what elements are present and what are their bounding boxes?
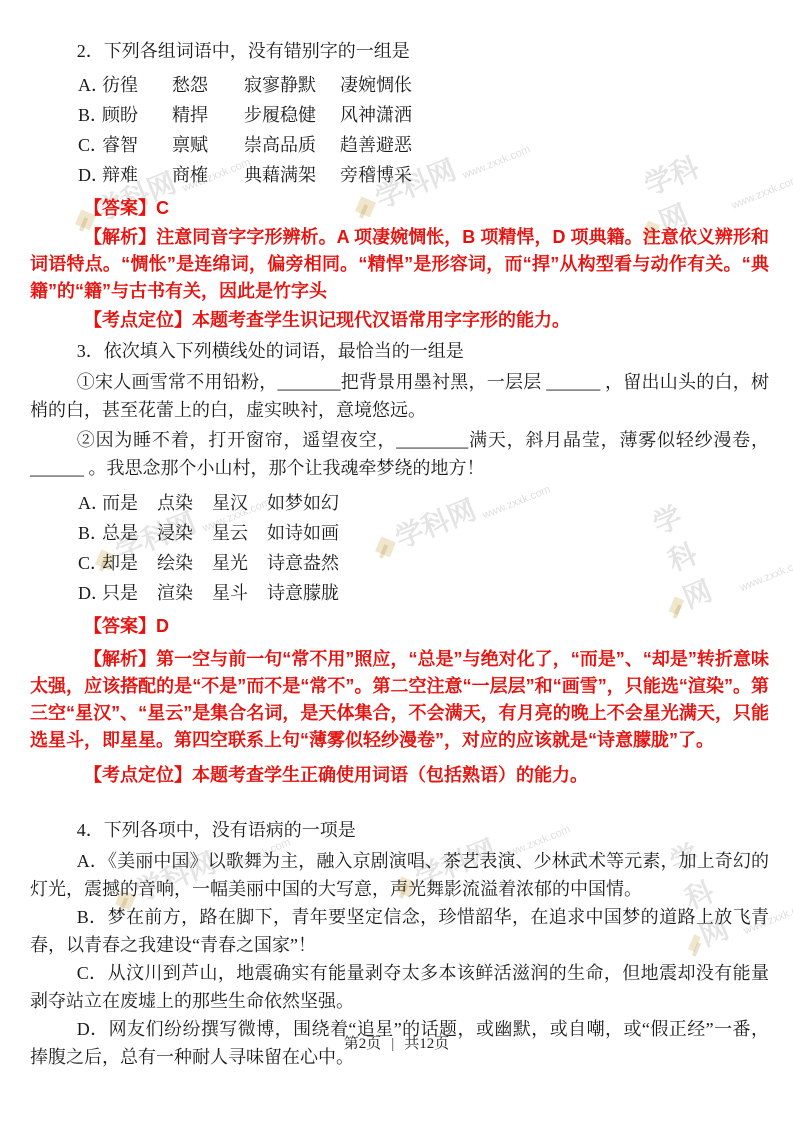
option-label: D．	[78, 160, 102, 190]
option-word: 星光	[212, 548, 267, 578]
question-3-options: A．而是点染星汉如梦如幻 B．总是浸染星云如诗如画 C．却是绘染星光诗意盎然 D…	[30, 488, 769, 608]
option-word: 愁怨	[172, 70, 244, 100]
option-word: 旁稽博采	[340, 160, 769, 190]
option-word: 步履稳健	[244, 100, 340, 130]
answer-label: 【答案】	[84, 198, 156, 218]
option-label: A．	[78, 488, 102, 518]
option-word: 诗意朦胧	[267, 578, 769, 608]
option-word: 只是	[102, 578, 157, 608]
option-word: 却是	[102, 548, 157, 578]
option-word: 凄婉惆伥	[340, 70, 769, 100]
question-3-item-2: ②因为睡不着，打开窗帘，遥望夜空，________满天，斜月晶莹，薄雾似轻纱漫卷…	[30, 426, 769, 482]
question-3-stem: 3．依次填入下列横线处的词语，最恰当的一组是	[30, 338, 769, 364]
question-4-option-b: B．梦在前方，路在脚下，青年要坚定信念，珍惜韶华，在追求中国梦的道路上放飞青春，…	[30, 903, 769, 959]
option-word: 诗意盎然	[267, 548, 769, 578]
option-word: 渲染	[157, 578, 212, 608]
option-word: 睿智	[102, 130, 172, 160]
option-word: 如梦如幻	[267, 488, 769, 518]
answer-label: 【答案】	[84, 616, 156, 636]
option-label: D．	[78, 578, 102, 608]
option-row-a: A．彷徨愁怨寂寥静默凄婉惆伥	[30, 70, 769, 100]
option-row-a: A．而是点染星汉如梦如幻	[30, 488, 769, 518]
option-word: 商榷	[172, 160, 244, 190]
question-2-answer: 【答案】C	[30, 194, 769, 222]
answer-value: C	[156, 198, 169, 218]
exam-point-label: 【考点定位】	[84, 765, 192, 785]
option-word: 星斗	[212, 578, 267, 608]
option-word: 辩难	[102, 160, 172, 190]
option-word: 点染	[157, 488, 212, 518]
option-word: 总是	[102, 518, 157, 548]
question-4-option-c: C．从汶川到芦山，地震确实有能量剥夺太多本该鲜活滋润的生命，但地震却没有能量剥夺…	[30, 959, 769, 1015]
page-total: 共12页	[404, 1036, 449, 1052]
question-3-item-1: ①宋人画雪常不用铅粉，_______把背景用墨衬黑，一层层 ______ ，留出…	[30, 368, 769, 424]
question-3-answer: 【答案】D	[30, 612, 769, 640]
page-number: 第2页	[344, 1036, 382, 1052]
analysis-label: 【解析】	[84, 649, 156, 669]
question-3-exam-point: 【考点定位】本题考查学生正确使用词语（包括熟语）的能力。	[30, 762, 769, 789]
exam-point-text: 本题考查学生识记现代汉语常用字字形的能力。	[192, 310, 570, 330]
option-word: 崇高品质	[244, 130, 340, 160]
option-row-d: D．只是渲染星斗诗意朦胧	[30, 578, 769, 608]
option-row-c: C．睿智禀赋崇高品质趋善避恶	[30, 130, 769, 160]
option-word: 寂寥静默	[244, 70, 340, 100]
exam-point-label: 【考点定位】	[84, 310, 192, 330]
option-label: B．	[78, 518, 102, 548]
option-word: 星汉	[212, 488, 267, 518]
question-2-exam-point: 【考点定位】本题考查学生识记现代汉语常用字字形的能力。	[30, 307, 769, 334]
option-word: 禀赋	[172, 130, 244, 160]
question-4-stem: 4．下列各项中，没有语病的一项是	[30, 817, 769, 843]
option-label: C．	[78, 130, 102, 160]
option-word: 星云	[212, 518, 267, 548]
option-label: C．	[78, 548, 102, 578]
option-row-c: C．却是绘染星光诗意盎然	[30, 548, 769, 578]
option-word: 趋善避恶	[340, 130, 769, 160]
question-4-option-a: A．《美丽中国》以歌舞为主，融入京剧演唱、茶艺表演、少林武术等元素，加上奇幻的灯…	[30, 847, 769, 903]
exam-page-content: 2．下列各组词语中，没有错别字的一组是 A．彷徨愁怨寂寥静默凄婉惆伥 B．顾盼精…	[0, 0, 793, 1071]
option-word: 而是	[102, 488, 157, 518]
option-row-b: B．总是浸染星云如诗如画	[30, 518, 769, 548]
option-row-d: D．辩难商榷典藉满架旁稽博采	[30, 160, 769, 190]
exam-point-text: 本题考查学生正确使用词语（包括熟语）的能力。	[192, 765, 588, 785]
page-footer: 第2页|共12页	[0, 1032, 793, 1053]
answer-value: D	[156, 616, 169, 636]
footer-separator: |	[391, 1036, 394, 1052]
analysis-label: 【解析】	[84, 227, 156, 247]
question-3-analysis: 【解析】第一空与前一句“常不用”照应，“总是”与绝对化了，“而是”、“却是”转折…	[30, 646, 769, 754]
option-word: 彷徨	[102, 70, 172, 100]
option-row-b: B．顾盼精捍步履稳健风神潇洒	[30, 100, 769, 130]
option-word: 顾盼	[102, 100, 172, 130]
option-word: 如诗如画	[267, 518, 769, 548]
option-label: A．	[78, 70, 102, 100]
option-word: 风神潇洒	[340, 100, 769, 130]
question-2-stem: 2．下列各组词语中，没有错别字的一组是	[30, 38, 769, 64]
option-word: 浸染	[157, 518, 212, 548]
option-word: 典藉满架	[244, 160, 340, 190]
question-2-options: A．彷徨愁怨寂寥静默凄婉惆伥 B．顾盼精捍步履稳健风神潇洒 C．睿智禀赋崇高品质…	[30, 70, 769, 190]
option-word: 绘染	[157, 548, 212, 578]
option-label: B．	[78, 100, 102, 130]
option-word: 精捍	[172, 100, 244, 130]
question-2-analysis: 【解析】注意同音字字形辨析。A 项凄婉惆怅，B 项精悍，D 项典籍。注意依义辨形…	[30, 224, 769, 305]
